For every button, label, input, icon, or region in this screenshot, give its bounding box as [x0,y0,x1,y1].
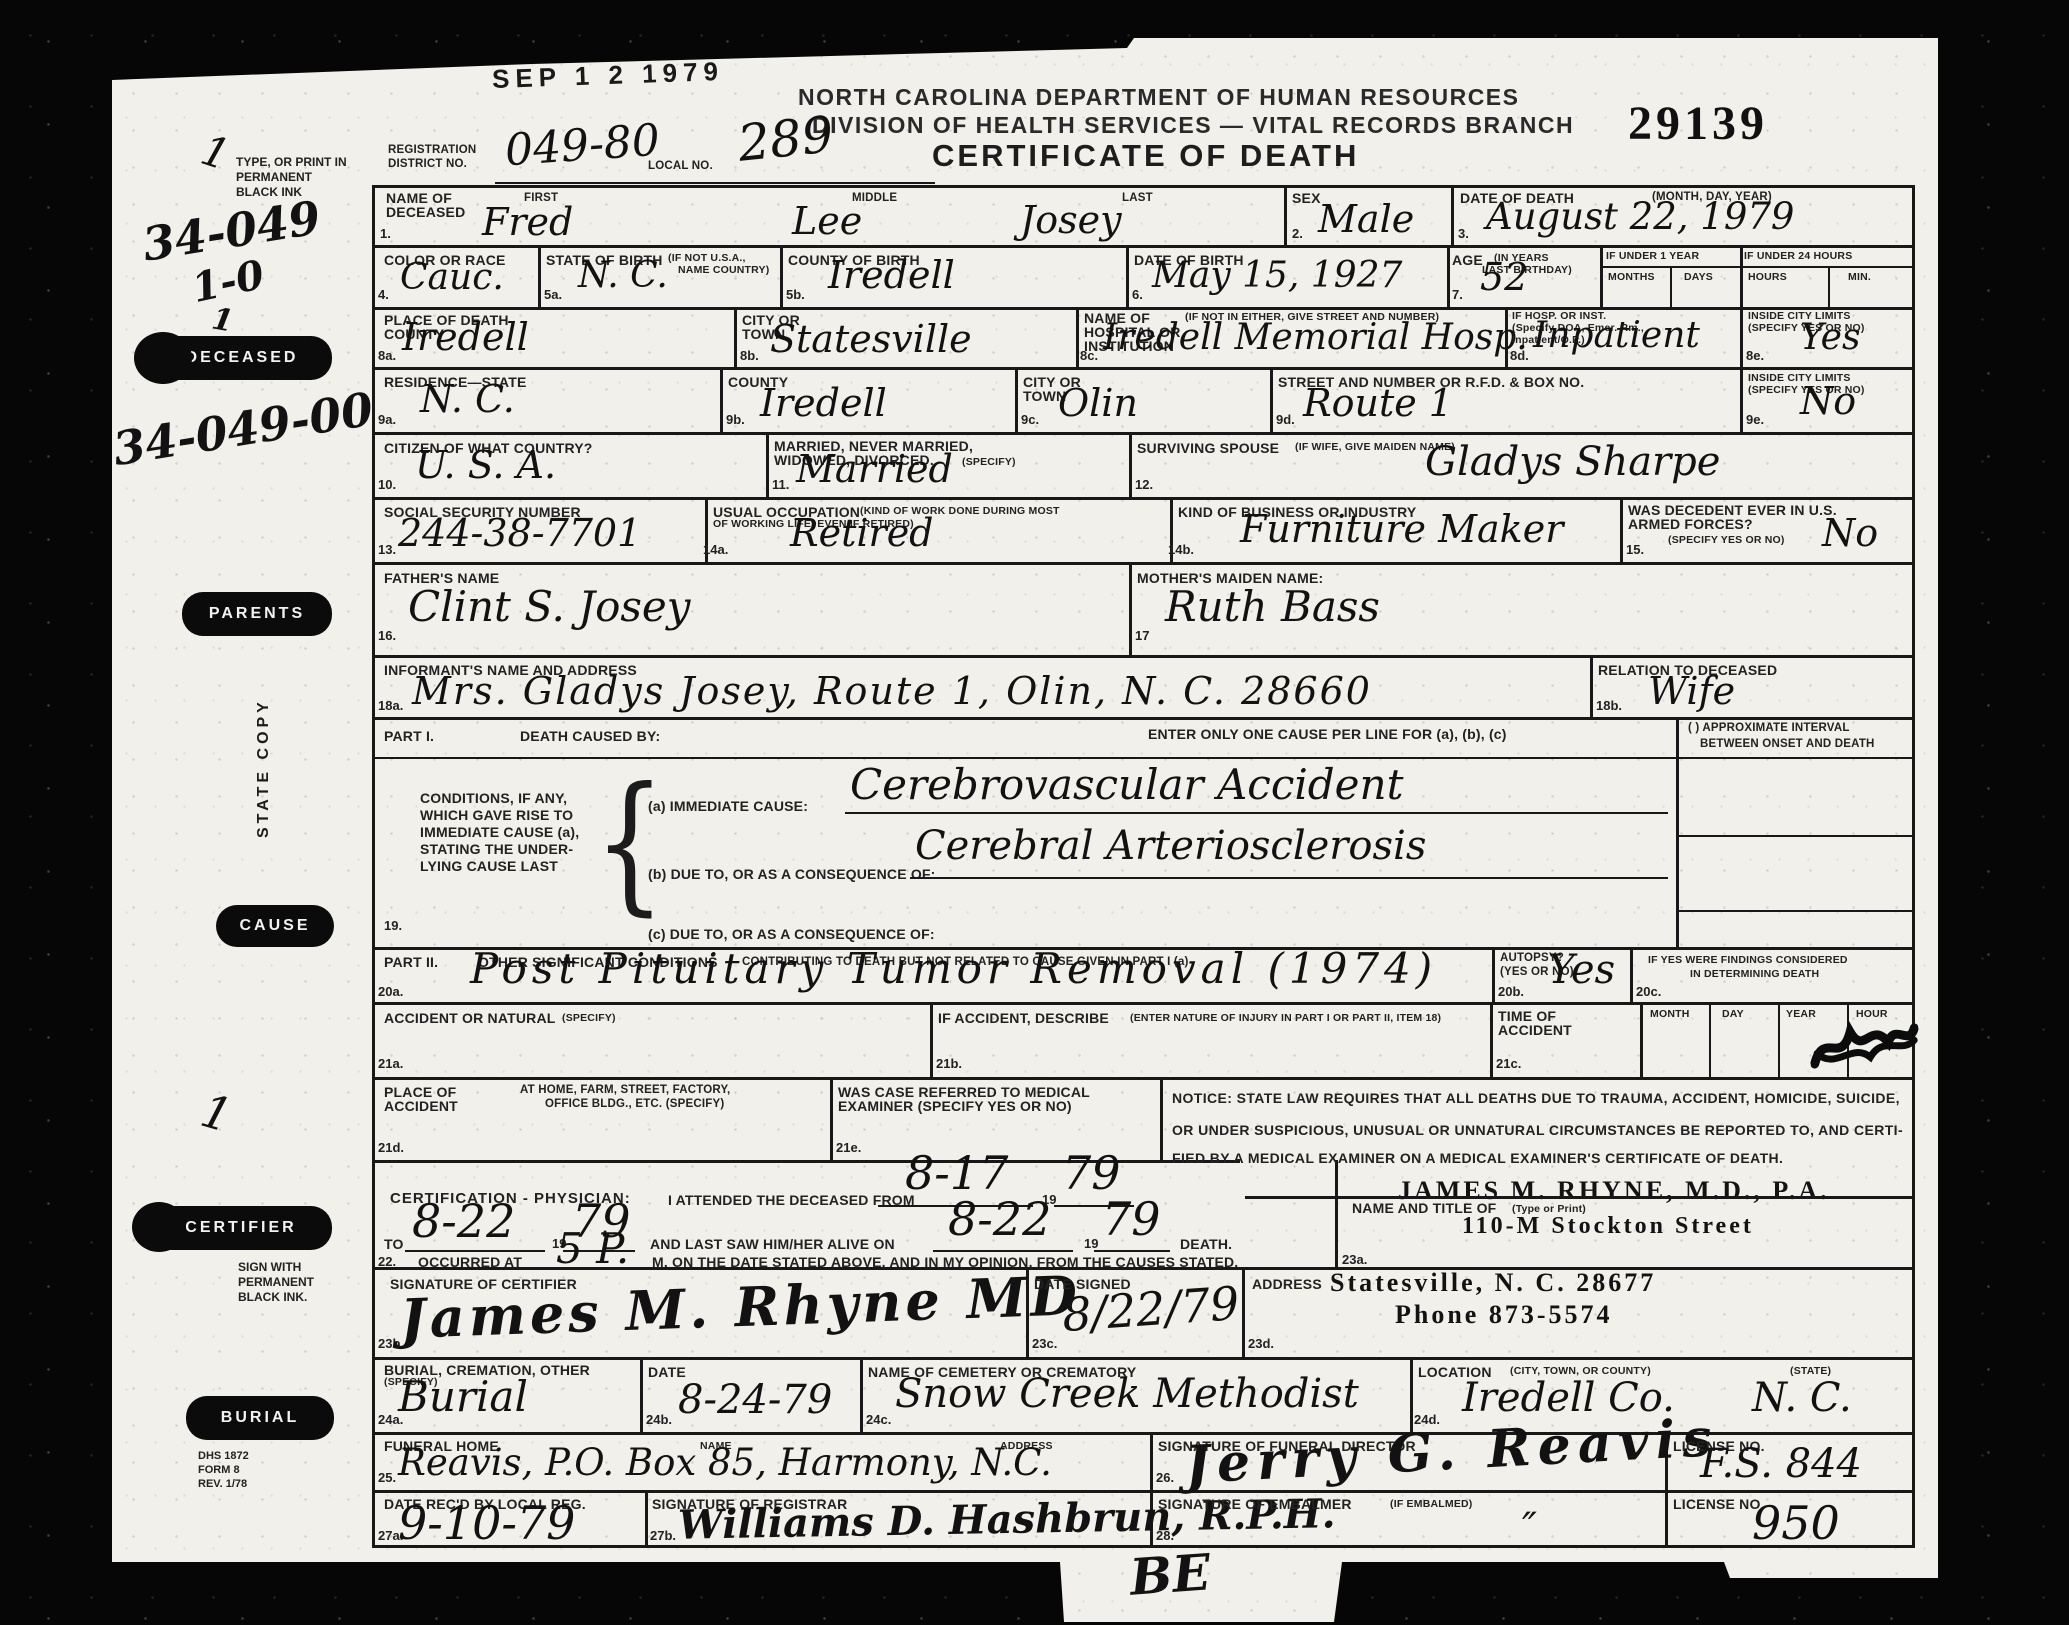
state-of-birth-sub1: (IF NOT U.S.A., [668,252,746,264]
relation-value: Wife [1648,672,1735,710]
year-label: YEAR [1786,1008,1816,1020]
date-signed-value: 8/22/79 [1061,1280,1241,1338]
informant-value: Mrs. Gladys Josey, Route 1, Olin, N. C. … [412,672,1372,710]
grid-line [1740,307,1743,367]
grid-line [1160,1077,1163,1160]
location-state-value: N. C. [1752,1378,1852,1418]
fill-line [933,1250,1073,1252]
grid-line [372,1357,1915,1360]
age-item-no: 7. [1452,287,1463,302]
grid-line [1129,432,1132,497]
grid-line [1640,1002,1643,1077]
grid-line [372,1002,1915,1005]
fd-license-value: F.S. 844 [1700,1444,1862,1484]
grid-line [1335,1160,1338,1267]
grid-line [1447,245,1450,307]
burial-date-no: 24b. [646,1412,672,1427]
local-no-label: LOCAL NO. [648,160,713,173]
conditions-line3: IMMEDIATE CAUSE (a), [420,824,579,840]
findings-label2: IN DETERMINING DEATH [1690,968,1819,980]
tab-cause: CAUSE [216,905,334,947]
residence-county-no: 9b. [726,412,745,427]
name-title-no: 23a. [1342,1252,1367,1267]
saw-year-prefix: 19 [1084,1236,1098,1251]
type-note-line2: PERMANENT [236,170,312,185]
interval-label2: BETWEEN ONSET AND DEATH [1700,738,1875,751]
enter-one-cause-label: ENTER ONLY ONE CAUSE PER LINE FOR (a), (… [1148,726,1507,742]
scanned-death-certificate: SEP 1 2 1979 NORTH CAROLINA DEPARTMENT O… [0,0,2069,1625]
district-no-label: DISTRICT NO. [388,158,467,171]
name-item-no: 1. [380,226,391,241]
grid-line [1242,1267,1245,1357]
inst-no: 8d. [1510,348,1529,363]
occurred-at-label: OCCURRED AT [418,1254,522,1270]
place-of-accident-sub2: OFFICE BLDG., ETC. (SPECIFY) [545,1098,724,1111]
cause-b-line [910,877,1668,879]
grid-line [1676,717,1679,947]
pod-icl-value: Yes [1800,320,1860,356]
attended-from-year: 79 [1062,1150,1121,1196]
spouse-value: Gladys Sharpe [1425,442,1720,482]
grid-line [372,367,1915,370]
grid-line [1270,367,1273,432]
immediate-cause-label: (a) IMMEDIATE CAUSE: [648,798,808,814]
registrar-no: 27b. [650,1528,676,1543]
last-name-value: Josey [1020,201,1122,239]
sex-item-no: 2. [1292,226,1303,241]
grid-line [1676,910,1915,912]
conditions-line4: STATING THE UNDER- [420,841,573,857]
months-label: MONTHS [1608,271,1655,283]
grid-line [372,245,1915,248]
accident-describe-label: IF ACCIDENT, DESCRIBE [938,1010,1109,1026]
strike-line [1245,1196,1912,1199]
days-label: DAYS [1684,271,1713,283]
sob-value: N. C. [578,258,668,294]
part2-no: 20a. [378,984,403,999]
due-to-b-label: (b) DUE TO, OR AS A CONSEQUENCE OF: [648,866,936,882]
grid-line [372,655,1915,658]
grid-line [1670,266,1672,307]
grid-line [1709,1002,1711,1077]
ssn-no: 13. [378,542,396,557]
grid-line [1600,245,1603,307]
grid-line [780,245,783,307]
industry-value: Furniture Maker [1240,510,1563,548]
findings-no: 20c. [1636,984,1661,999]
death-word-label: DEATH. [1180,1236,1232,1252]
cob-item-no: 5b. [786,287,805,302]
grid-line [1665,1490,1668,1548]
accident-nature-label: ACCIDENT OR NATURAL [384,1010,556,1026]
funeral-home-value: Reavis, P.O. Box 85, Harmony, N.C. [398,1444,1052,1481]
physician-stamp-phone: Phone 873-5574 [1395,1302,1613,1328]
sign-note-line1: SIGN WITH [238,1260,301,1275]
conditions-line1: CONDITIONS, IF ANY, [420,790,567,806]
tab-parents-label: PARENTS [209,605,305,623]
dod-value: August 22, 1979 [1486,198,1794,235]
notice-line1: NOTICE: STATE LAW REQUIRES THAT ALL DEAT… [1172,1090,1900,1106]
street-no: 9d. [1276,412,1295,427]
grid-line [1590,655,1593,717]
sign-note-line2: PERMANENT [238,1275,314,1290]
physician-stamp-city: Statesville, N. C. 28677 [1330,1270,1656,1296]
under24-label: IF UNDER 24 HOURS [1744,250,1852,262]
father-no: 16. [378,628,396,643]
residence-state-no: 9a. [378,412,396,427]
middle-name-value: Lee [792,202,862,240]
grid-line [1410,1357,1413,1432]
mother-value: Ruth Bass [1165,586,1380,628]
day-label: DAY [1722,1008,1744,1020]
marital-value: Married [796,450,953,488]
accident-nature-no: 21a. [378,1056,403,1071]
state-of-birth-sub2: NAME COUNTRY) [678,264,769,276]
grid-line [1126,245,1129,307]
forces-no: 15. [1626,542,1644,557]
last-saw-alive-label: AND LAST SAW HIM/HER ALIVE ON [650,1236,895,1252]
referred-no: 21e. [836,1140,861,1155]
autopsy-no: 20b. [1498,984,1524,999]
grid-line [766,432,769,497]
residence-city-value: Olin [1058,384,1138,422]
registration-label: REGISTRATION [388,144,476,157]
forces-label2: ARMED FORCES? [1628,516,1753,532]
last-saw-date: 8-22 [948,1196,1051,1242]
grid-line [1129,562,1132,655]
part2-label: PART II. [384,954,438,970]
sex-label: SEX [1292,190,1321,206]
age-label: AGE [1452,252,1483,268]
fill-line [1094,1250,1170,1252]
grid-line [1740,367,1743,432]
pod-city-no: 8b. [740,348,759,363]
address-label: ADDRESS [1252,1276,1322,1292]
page-title: CERTIFICATE OF DEATH [932,138,1359,174]
embalmer-label: SIGNATURE OF EMBALMER [1158,1496,1352,1512]
grid-line [1076,307,1079,367]
tab-certifier-label: CERTIFIER [185,1219,296,1237]
tab-parents: PARENTS [182,592,332,636]
attended-from-date: 8-17 [905,1150,1008,1196]
forces-sublabel: (SPECIFY YES OR NO) [1668,534,1785,546]
cob-value: Iredell [828,256,955,294]
form-id-line1: DHS 1872 [198,1450,249,1464]
funeral-director-no: 26. [1156,1470,1174,1485]
burial-date-value: 8-24-79 [678,1380,832,1420]
dob-item-no: 6. [1132,287,1143,302]
to-label: TO [384,1236,404,1252]
certificate-number: 29139 [1628,96,1768,151]
district-no-value: 049-80 [504,119,662,174]
cemetery-no: 24c. [866,1412,891,1427]
marital-sublabel: (SPECIFY) [962,456,1016,468]
punch-hole [132,1202,186,1252]
grid-line [372,562,1915,565]
tab-burial: BURIAL [186,1396,334,1440]
grid-line [734,307,737,367]
grid-line [1630,947,1633,1002]
accident-describe-no: 21b. [936,1056,962,1071]
fill-line [405,1250,545,1252]
autopsy-value: Yes [1548,950,1615,990]
grid-line [372,497,1915,500]
grid-line [645,1490,648,1548]
res-icl-value: No [1800,382,1856,420]
grid-line [1490,1002,1493,1077]
bottom-initials: BE [1128,1547,1212,1602]
place-of-accident-sub1: AT HOME, FARM, STREET, FACTORY, [520,1084,730,1097]
ssn-value: 244-38-7701 [398,514,641,552]
pod-city-value: Statesville [770,320,972,358]
grid-line [830,1077,833,1160]
spouse-label: SURVIVING SPOUSE [1137,440,1279,456]
first-name-value: Fred [482,203,573,241]
cause-a-line [845,812,1668,814]
spouse-no: 12. [1135,477,1153,492]
industry-no: 14b. [1168,542,1194,557]
grid-line [1015,367,1018,432]
part2-value: Post Pituitary Tumor Removal (1974) [470,948,1437,990]
due-to-b-value: Cerebral Arteriosclerosis [915,826,1426,866]
date-signed-no: 23c. [1032,1336,1057,1351]
hours-label: HOURS [1748,271,1787,283]
grid-line [372,717,1915,720]
father-value: Clint S. Josey [408,586,691,628]
findings-label1: IF YES WERE FINDINGS CONSIDERED [1648,954,1848,966]
pod-icl-no: 8e. [1746,348,1764,363]
citizen-no: 10. [378,477,396,492]
grid-line [1600,266,1915,268]
race-value: Cauc. [400,260,504,296]
part1-label: PART I. [384,728,434,744]
last-label: LAST [1122,192,1153,205]
tab-burial-label: BURIAL [221,1409,299,1427]
grid-line [1284,185,1287,245]
part1-no: 19. [384,918,402,933]
grid-line [720,367,723,432]
date-received-value: 9-10-79 [398,1500,575,1546]
marital-no: 11. [772,477,789,492]
type-note-line1: TYPE, OR PRINT IN [236,155,347,170]
grid-line [1451,185,1454,245]
referred-label2: EXAMINER (SPECIFY YES OR NO) [838,1098,1072,1114]
sob-item-no: 5a. [544,287,562,302]
division-line: DIVISION OF HEALTH SERVICES — VITAL RECO… [812,112,1574,139]
time-of-accident-no: 21c. [1496,1056,1521,1071]
grid-line [1828,266,1830,307]
residence-state-value: N. C. [420,380,515,418]
grid-line [372,1490,1915,1493]
res-icl-no: 9e. [1746,412,1764,427]
last-saw-year: 79 [1102,1196,1161,1242]
under1-label: IF UNDER 1 YEAR [1606,250,1699,262]
sign-note-line3: BLACK INK. [238,1290,307,1305]
residence-county-value: Iredell [760,384,887,422]
place-of-accident-label2: ACCIDENT [384,1098,458,1114]
punch-hole [134,332,192,384]
occupation-value: Retired [790,514,934,552]
occurred-time-value: 5 P. [556,1228,629,1270]
inst-value: Inpatient [1533,318,1700,354]
immediate-cause-value: Cerebrovascular Accident [850,764,1403,806]
pod-county-value: Iredell [402,318,529,356]
min-label: MIN. [1848,271,1871,283]
street-value: Route 1 [1303,384,1453,422]
tab-cause-label: CAUSE [239,917,310,935]
grid-line [1620,497,1623,562]
grid-line [930,1002,933,1077]
due-to-c-label: (c) DUE TO, OR AS A CONSEQUENCE OF: [648,926,935,942]
sex-value: Male [1318,200,1414,238]
grid-line [372,1077,1915,1080]
funeral-home-no: 25. [378,1470,396,1485]
embalmer-ditto-value: ″ [1522,1508,1537,1548]
age-value: 52 [1480,258,1528,296]
interval-label1: ( ) APPROXIMATE INTERVAL [1688,722,1850,735]
form-id-line2: FORM 8 [198,1464,240,1478]
dob-value: May 15, 1927 [1152,258,1402,294]
death-caused-by-label: DEATH CAUSED BY: [520,728,660,744]
occupation-no: 14a. [703,542,728,557]
certification-no: 22. [378,1254,396,1269]
physician-stamp-street: 110-M Stockton Street [1462,1214,1754,1238]
grid-line [372,432,1915,435]
grid-line [1492,947,1495,1002]
grid-line [1150,1432,1153,1490]
emb-license-label: LICENSE NO. [1673,1496,1765,1512]
notice-line2: OR UNDER SUSPICIOUS, UNUSUAL OR UNNATURA… [1172,1122,1903,1138]
dod-item-no: 3. [1458,226,1469,241]
month-label: MONTH [1650,1008,1690,1020]
forces-value: No [1822,514,1878,552]
name-label2: DECEASED [386,204,465,220]
local-no-value: 289 [736,109,836,169]
department-line: NORTH CAROLINA DEPARTMENT OF HUMAN RESOU… [798,84,1520,111]
brace-glyph: { [594,768,666,918]
conditions-line2: WHICH GAVE RISE TO [420,807,573,823]
grid-line [1740,245,1743,307]
accident-nature-sub: (SPECIFY) [562,1012,616,1024]
grid-line [640,1357,643,1432]
grid-line [538,245,541,307]
accident-describe-sub: (ENTER NATURE OF INJURY IN PART I OR PAR… [1130,1012,1441,1024]
form-id-line3: REV. 1/78 [198,1478,247,1492]
address-no: 23d. [1248,1336,1274,1351]
citizen-value: U. S. A. [415,446,556,484]
burial-type-value: Burial [398,1376,528,1418]
grid-line [1676,835,1915,837]
grid-line [495,182,935,184]
embalmer-no: 28. [1156,1528,1174,1543]
attended-to-date: 8-22 [412,1198,515,1244]
conditions-line5: LYING CAUSE LAST [420,858,558,874]
race-item-no: 4. [378,287,389,302]
physician-stamp-name: JAMES M. RHYNE, M.D., P.A. [1398,1178,1830,1204]
relation-no: 18b. [1596,698,1622,713]
pod-county-no: 8a. [378,348,396,363]
mother-no: 17 [1135,628,1149,643]
embalmer-sub: (IF EMBALMED) [1390,1498,1473,1510]
tab-deceased-label: DECEASED [186,349,299,367]
time-of-accident-label2: ACCIDENT [1498,1022,1572,1038]
state-copy-label: STATE COPY [255,688,273,838]
cemetery-value: Snow Creek Methodist [895,1374,1359,1414]
informant-no: 18a. [378,698,403,713]
grid-line [860,1357,863,1432]
hospital-value: Iredell Memorial Hosp. [1103,320,1528,356]
emb-license-value: 950 [1752,1500,1840,1546]
place-of-accident-no: 21d. [378,1140,404,1155]
notice-line3: FIED BY A MEDICAL EXAMINER ON A MEDICAL … [1172,1150,1783,1166]
grid-line [1778,1002,1780,1077]
hospital-no: 8c. [1080,348,1098,363]
residence-city-no: 9c. [1021,412,1039,427]
